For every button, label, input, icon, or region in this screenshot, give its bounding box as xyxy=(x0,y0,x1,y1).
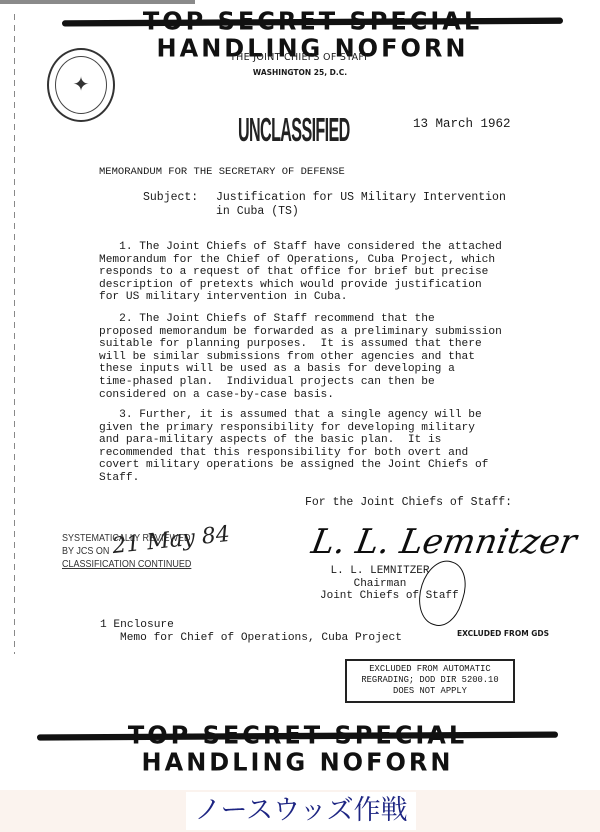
subject-text: Justification for US Military Interventi… xyxy=(216,191,506,219)
closing-line: For the Joint Chiefs of Staff: xyxy=(305,496,512,509)
memo-date: 13 March 1962 xyxy=(413,117,511,131)
left-margin-rule xyxy=(14,14,15,654)
excluded-gds-stamp: EXCLUDED FROM GDS xyxy=(457,629,549,638)
unclassified-stamp: UNCLASSIFIED xyxy=(238,110,350,150)
enclosure-note: 1 Enclosure Memo for Chief of Operations… xyxy=(100,619,402,644)
classification-banner-bottom: TOP SECRET SPECIAL HANDLING NOFORN xyxy=(45,721,550,748)
signatory-block: L. L. LEMNITZER Chairman Joint Chiefs of… xyxy=(320,565,440,603)
classification-banner-top: TOP SECRET SPECIAL HANDLING NOFORN xyxy=(70,7,555,34)
letterhead-address: WASHINGTON 25, D.C. xyxy=(200,68,400,77)
regrading-stamp-box: EXCLUDED FROM AUTOMATIC REGRADING; DOD D… xyxy=(345,659,515,703)
document-page: TOP SECRET SPECIAL HANDLING NOFORN ✦ THE… xyxy=(0,0,600,780)
paragraph-1: 1. The Joint Chiefs of Staff have consid… xyxy=(99,241,569,304)
paragraph-3: 3. Further, it is assumed that a single … xyxy=(99,409,569,485)
paragraph-2: 2. The Joint Chiefs of Staff recommend t… xyxy=(99,313,569,401)
eagle-icon: ✦ xyxy=(49,72,113,96)
dod-seal-icon: ✦ xyxy=(47,48,115,122)
subject-label: Subject: xyxy=(143,191,198,204)
signature: L. L. Lemnitzer xyxy=(308,522,579,562)
top-edge-bar xyxy=(0,0,195,4)
letterhead-title: THE JOINT CHIEFS OF STAFF xyxy=(200,52,400,63)
memo-recipient: MEMORANDUM FOR THE SECRETARY OF DEFENSE xyxy=(99,166,345,178)
caption-title: ノースウッズ作戦 xyxy=(186,792,416,830)
